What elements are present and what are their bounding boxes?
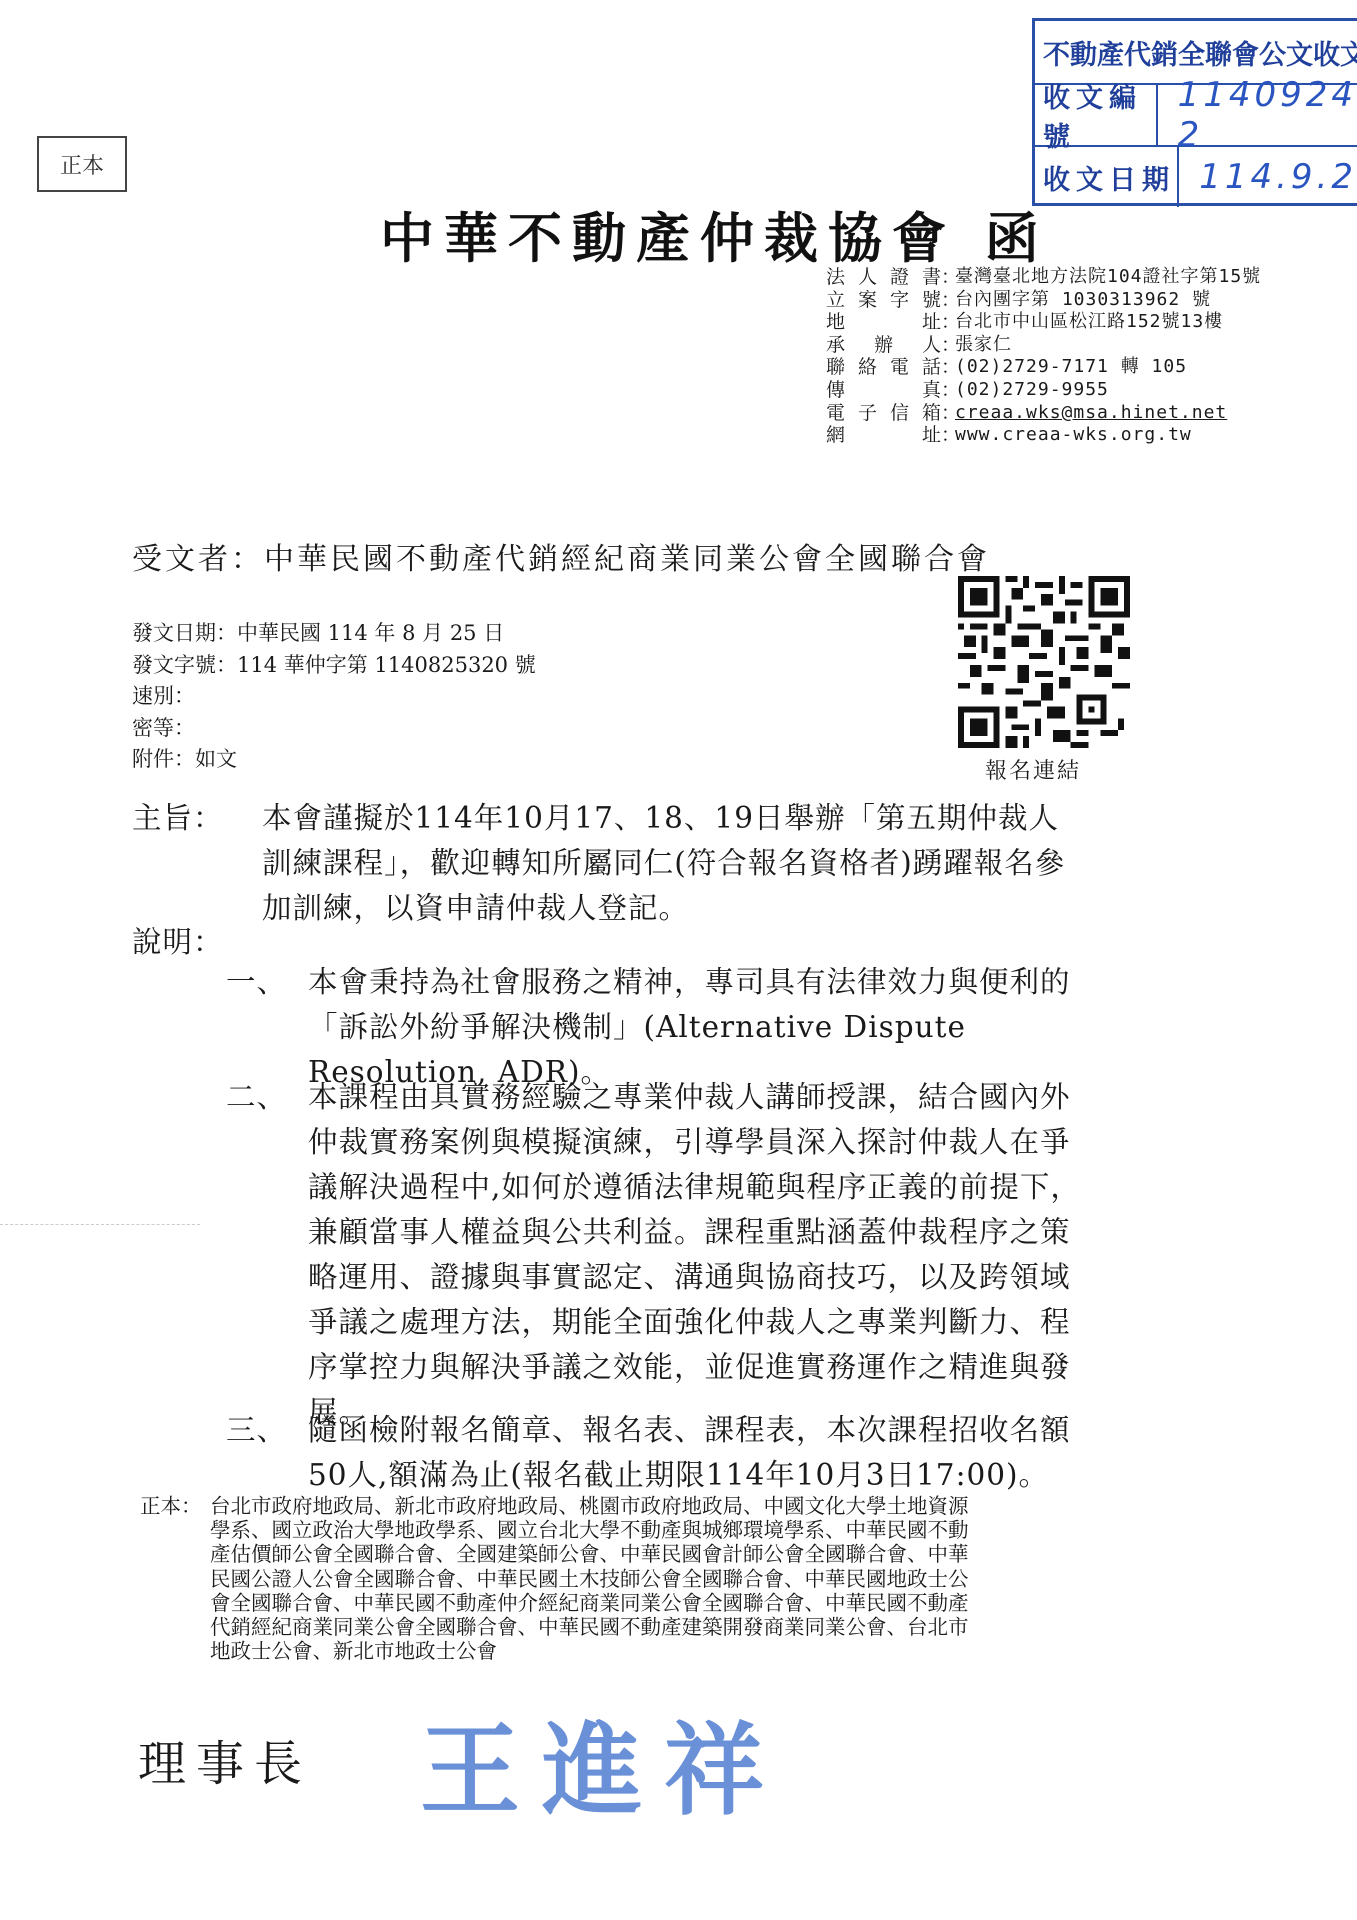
copy-type-box: 正本 — [37, 136, 127, 192]
info-label: 立案字號 — [826, 289, 941, 312]
explanation-item-1: 本會秉持為社會服務之精神，專司具有法律效力與便利的 「訴訟外紛爭解決機制」(Al… — [308, 960, 1248, 1095]
signature-seal: 王進祥 — [420, 1690, 786, 1834]
stamp-row-receipt-number: 收文編號 1140924 2 — [1035, 85, 1357, 147]
info-row-contact-person: 承 辦 人：張家仁 — [826, 334, 1261, 357]
info-row-website: 網 址：www.creaa-wks.org.tw — [826, 424, 1261, 447]
cc-recipients: 台北市政府地政局、新北市政府地政局、桃園市政府地政局、中國文化大學土地資源 學系… — [210, 1494, 1240, 1663]
meta-urgency: 速別： — [132, 681, 536, 713]
item-number: 三、 — [226, 1408, 287, 1453]
info-value: 臺灣臺北地方法院104證社字第15號 — [955, 266, 1261, 289]
email-link[interactable]: creaa.wks@msa.hinet.net — [955, 402, 1227, 425]
explanation-item-3: 隨函檢附報名簡章、報名表、課程表，本次課程招收名額 50人,額滿為止(報名截止期… — [308, 1408, 1248, 1498]
recipient-label: 受文者 — [132, 542, 231, 577]
stamp-label: 收文日期 — [1035, 147, 1179, 207]
info-label: 地 址 — [826, 311, 941, 334]
info-label: 承 辦 人 — [826, 334, 941, 357]
signer-title: 理事長 — [138, 1725, 312, 1794]
meta-doc-number: 發文字號：114 華仲字第 1140825320 號 — [132, 650, 536, 682]
website-link[interactable]: www.creaa-wks.org.tw — [955, 424, 1192, 447]
info-label: 法人證書 — [826, 266, 941, 289]
subject-label: 主旨： — [132, 796, 224, 841]
info-label: 聯絡電話 — [826, 356, 941, 379]
info-value: 台內團字第 1030313962 號 — [955, 289, 1211, 312]
info-label: 網 址 — [826, 424, 941, 447]
receipt-date: 114.9.2 — [1179, 147, 1357, 207]
qr-code-icon[interactable] — [958, 576, 1130, 748]
info-value: (02)2729-9955 — [955, 379, 1109, 402]
cc-label: 正本： — [140, 1494, 202, 1518]
fold-mark-divider — [0, 1224, 200, 1225]
document-title: 中華不動產仲裁協會 函 — [380, 196, 1049, 273]
stamp-label: 收文編號 — [1035, 85, 1158, 145]
info-value: (02)2729-7171 轉 105 — [955, 356, 1187, 379]
info-label: 電子信箱 — [826, 402, 941, 425]
info-value: 台北市中山區松江路152號13樓 — [955, 311, 1223, 334]
recipient-value: 中華民國不動產代銷經紀商業同業公會全國聯合會 — [264, 542, 990, 577]
info-row-certificate: 法人證書：臺灣臺北地方法院104證社字第15號 — [826, 266, 1261, 289]
item-number: 一、 — [226, 960, 287, 1005]
sender-info: 法人證書：臺灣臺北地方法院104證社字第15號 立案字號：台內團字第 10303… — [826, 266, 1261, 447]
info-row-fax: 傳 真：(02)2729-9955 — [826, 379, 1261, 402]
meta-issue-date: 發文日期：中華民國 114 年 8 月 25 日 — [132, 618, 536, 650]
recipient: 受文者：中華民國不動產代銷經紀商業同業公會全國聯合會 — [132, 534, 990, 578]
meta-classification: 密等： — [132, 713, 536, 745]
info-row-address: 地 址：台北市中山區松江路152號13樓 — [826, 311, 1261, 334]
subject-text: 本會謹擬於114年10月17、18、19日舉辦「第五期仲裁人 訓練課程」，歡迎轉… — [262, 796, 1242, 931]
info-row-registration: 立案字號：台內團字第 1030313962 號 — [826, 289, 1261, 312]
info-row-email: 電子信箱：creaa.wks@msa.hinet.net — [826, 402, 1261, 425]
receipt-stamp: 不動產代銷全聯會公文收文章 收文編號 1140924 2 收文日期 114.9.… — [1032, 18, 1357, 206]
stamp-row-receipt-date: 收文日期 114.9.2 — [1035, 147, 1357, 207]
info-value: 張家仁 — [955, 334, 1012, 357]
explanation-item-2: 本課程由具實務經驗之專業仲裁人講師授課，結合國內外 仲裁實務案例與模擬演練，引導… — [308, 1075, 1248, 1435]
qr-code-label: 報名連結 — [985, 754, 1081, 785]
info-row-phone: 聯絡電話：(02)2729-7171 轉 105 — [826, 356, 1261, 379]
receipt-number: 1140924 2 — [1158, 85, 1357, 145]
explanation-label: 說明： — [132, 920, 224, 965]
item-number: 二、 — [226, 1075, 287, 1120]
meta-attachment: 附件：如文 — [132, 744, 536, 776]
info-label: 傳 真 — [826, 379, 941, 402]
document-meta: 發文日期：中華民國 114 年 8 月 25 日 發文字號：114 華仲字第 1… — [132, 618, 536, 776]
